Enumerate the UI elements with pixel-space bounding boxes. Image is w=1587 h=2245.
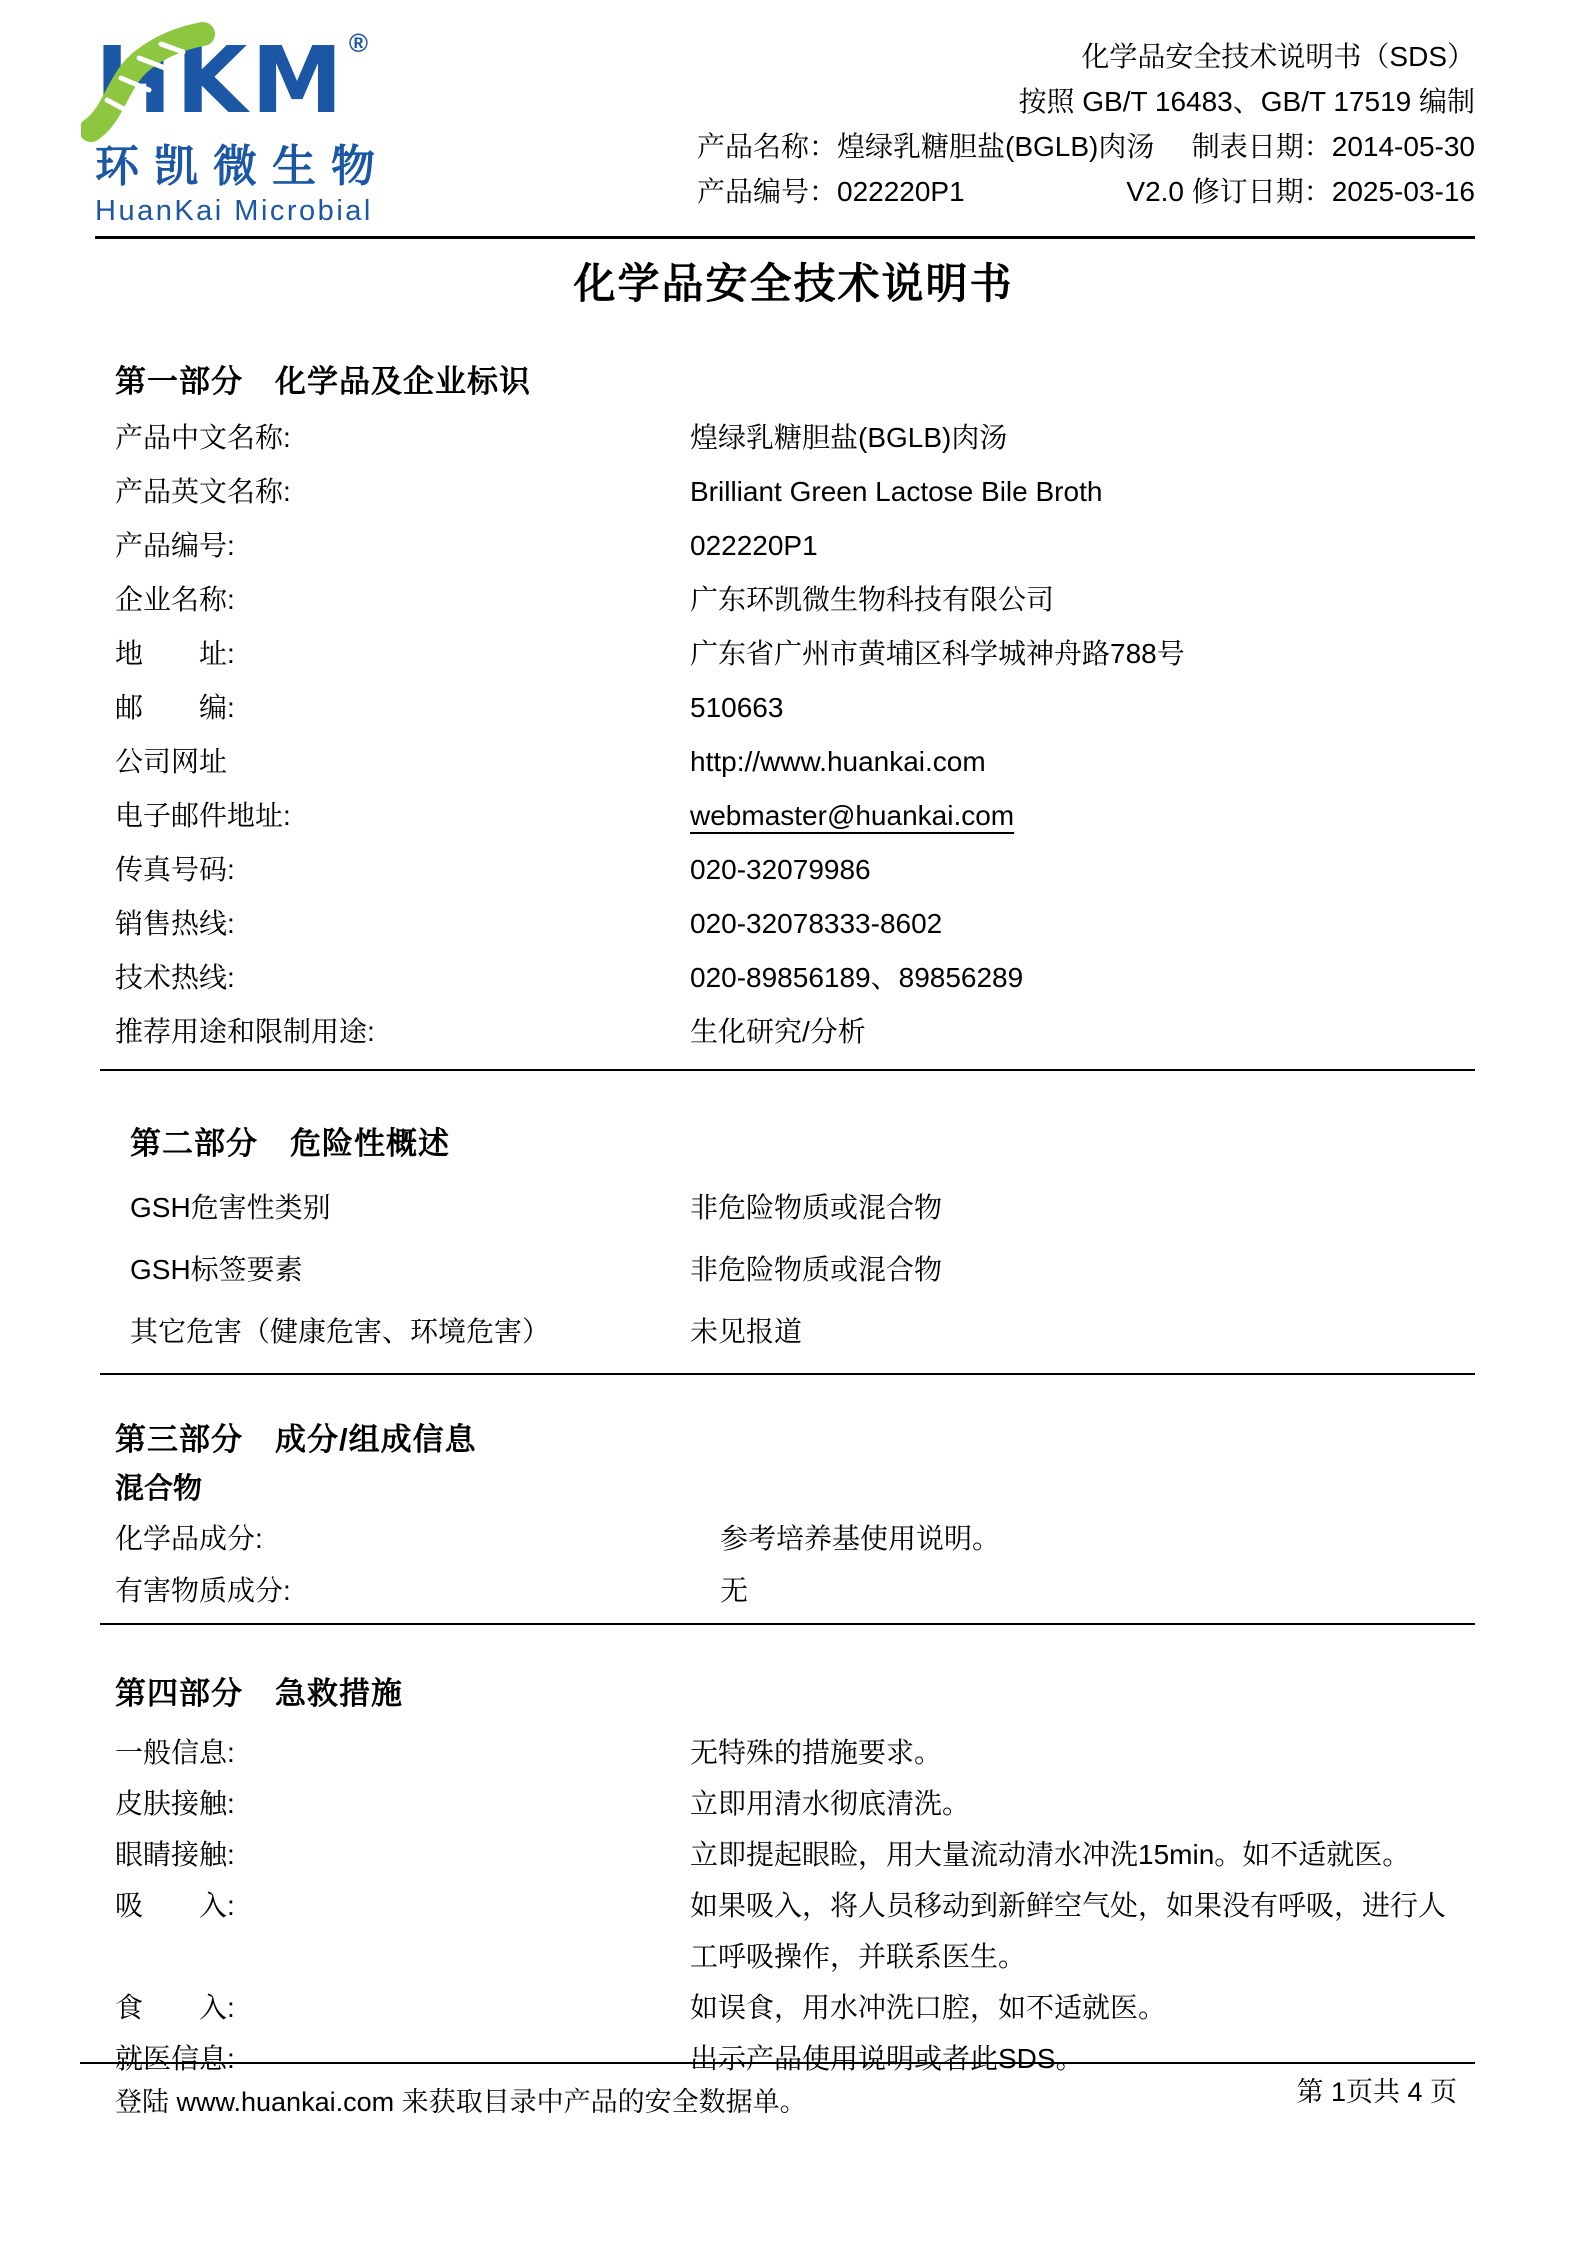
field-value: 非危险物质或混合物 (690, 1239, 1470, 1301)
field-label: 产品中文名称: (115, 411, 690, 465)
field-row: 吸 入: 如果吸入，将人员移动到新鲜空气处，如果没有呼吸，进行人工呼吸操作，并联… (115, 1880, 1470, 1982)
field-value: http://www.huankai.com (690, 735, 1470, 789)
field-value: 广东环凯微生物科技有限公司 (690, 573, 1470, 627)
field-row: 公司网址 http://www.huankai.com (115, 735, 1470, 789)
section: 第一部分 化学品及企业标识 产品中文名称: 煌绿乳糖胆盐(BGLB)肉汤 产品英… (0, 359, 1587, 1059)
field-row: GSH危害性类别 非危险物质或混合物 (130, 1177, 1470, 1239)
field-value: 广东省广州市黄埔区科学城神舟路788号 (690, 627, 1470, 681)
field-row: 食 入: 如误食，用水冲洗口腔，如不适就医。 (115, 1982, 1470, 2033)
section-rows: 化学品成分: 参考培养基使用说明。 有害物质成分: 无 (115, 1513, 1470, 1617)
field-label: GSH危害性类别 (130, 1177, 690, 1239)
section-heading: 第三部分 成分/组成信息 (115, 1417, 1470, 1463)
section-heading: 第一部分 化学品及企业标识 (115, 359, 1470, 405)
field-value: 020-32079986 (690, 843, 1470, 897)
sections: 第一部分 化学品及企业标识 产品中文名称: 煌绿乳糖胆盐(BGLB)肉汤 产品英… (0, 359, 1587, 2084)
field-value: 020-32078333-8602 (690, 897, 1470, 951)
field-row: 推荐用途和限制用途: 生化研究/分析 (115, 1005, 1470, 1059)
field-row: 邮 编: 510663 (115, 681, 1470, 735)
field-value: 生化研究/分析 (690, 1005, 1470, 1059)
field-value: Brilliant Green Lactose Bile Broth (690, 465, 1470, 519)
footer-divider (80, 2062, 1475, 2064)
field-value: 煌绿乳糖胆盐(BGLB)肉汤 (690, 411, 1470, 465)
product-code-line: 产品编号：022220P1 (697, 169, 965, 214)
field-row: 一般信息: 无特殊的措施要求。 (115, 1727, 1470, 1778)
field-value: 非危险物质或混合物 (690, 1177, 1470, 1239)
field-value: 如误食，用水冲洗口腔，如不适就医。 (690, 1982, 1470, 2033)
field-value: 未见报道 (690, 1301, 1470, 1363)
field-label: 邮 编: (115, 681, 690, 735)
section-rows: 一般信息: 无特殊的措施要求。 皮肤接触: 立即用清水彻底清洗。 眼睛接触: 立… (115, 1727, 1470, 2084)
field-label: 销售热线: (115, 897, 690, 951)
footer-note: 登陆 www.huankai.com 来获取目录中产品的安全数据单。 (115, 2080, 807, 2119)
field-row: 传真号码: 020-32079986 (115, 843, 1470, 897)
field-row: 产品中文名称: 煌绿乳糖胆盐(BGLB)肉汤 (115, 411, 1470, 465)
field-label: 一般信息: (115, 1727, 690, 1778)
field-label: 电子邮件地址: (115, 789, 690, 843)
standard-line: 按照 GB/T 16483、GB/T 17519 编制 (697, 79, 1475, 124)
field-row: 销售热线: 020-32078333-8602 (115, 897, 1470, 951)
page-indicator: 第 1页共 4 页 (1296, 2070, 1457, 2109)
header-meta: 化学品安全技术说明书（SDS） 按照 GB/T 16483、GB/T 17519… (697, 28, 1475, 214)
field-row: 地 址: 广东省广州市黄埔区科学城神舟路788号 (115, 627, 1470, 681)
logo-wordmark: HKM (95, 27, 347, 134)
field-label: 企业名称: (115, 573, 690, 627)
section-heading: 第四部分 急救措施 (115, 1671, 1470, 1717)
field-label: 吸 入: (115, 1880, 690, 1982)
document-title: 化学品安全技术说明书 (0, 259, 1587, 309)
create-date-line: 制表日期：2014-05-30 (1192, 124, 1475, 169)
field-row: 化学品成分: 参考培养基使用说明。 (115, 1513, 1470, 1565)
field-label: 眼睛接触: (115, 1829, 690, 1880)
section-divider (100, 1623, 1475, 1625)
field-label: 其它危害（健康危害、环境危害） (130, 1301, 690, 1363)
field-row: 就医信息: 出示产品使用说明或者此SDS。 (115, 2033, 1470, 2084)
section-divider (100, 1069, 1475, 1071)
field-row: GSH标签要素 非危险物质或混合物 (130, 1239, 1470, 1301)
field-row: 电子邮件地址: webmaster@huankai.com (115, 789, 1470, 843)
field-row: 产品编号: 022220P1 (115, 519, 1470, 573)
section-heading: 第二部分 危险性概述 (130, 1121, 1470, 1167)
field-value: 510663 (690, 681, 1470, 735)
section: 第四部分 急救措施 一般信息: 无特殊的措施要求。 皮肤接触: 立即用清水彻底清… (0, 1671, 1587, 2084)
email-link[interactable]: webmaster@huankai.com (690, 789, 1470, 843)
field-label: 就医信息: (115, 2033, 690, 2084)
field-value: 022220P1 (690, 519, 1470, 573)
field-value: 如果吸入，将人员移动到新鲜空气处，如果没有呼吸，进行人工呼吸操作，并联系医生。 (690, 1880, 1470, 1982)
field-label: 化学品成分: (115, 1513, 720, 1565)
doc-type-line: 化学品安全技术说明书（SDS） (697, 34, 1475, 79)
field-row: 技术热线: 020-89856189、89856289 (115, 951, 1470, 1005)
field-row: 其它危害（健康危害、环境危害） 未见报道 (130, 1301, 1470, 1363)
field-row: 企业名称: 广东环凯微生物科技有限公司 (115, 573, 1470, 627)
company-logo: HKM® 环凯微生物 HuanKai Microbial (95, 28, 485, 228)
logo-company-name-cn: 环凯微生物 (95, 130, 485, 194)
registered-mark-icon: ® (349, 28, 368, 58)
field-label: 食 入: (115, 1982, 690, 2033)
section-divider (100, 1373, 1475, 1375)
field-label: 公司网址 (115, 735, 690, 789)
revision-line: V2.0 修订日期：2025-03-16 (1126, 169, 1475, 214)
field-value: 参考培养基使用说明。 (720, 1513, 1470, 1565)
section-rows: GSH危害性类别 非危险物质或混合物 GSH标签要素 非危险物质或混合物 其它危… (130, 1177, 1470, 1363)
field-row: 产品英文名称: Brilliant Green Lactose Bile Bro… (115, 465, 1470, 519)
field-value: 020-89856189、89856289 (690, 951, 1470, 1005)
field-label: GSH标签要素 (130, 1239, 690, 1301)
field-label: 推荐用途和限制用途: (115, 1005, 690, 1059)
field-row: 有害物质成分: 无 (115, 1565, 1470, 1617)
field-value: 无特殊的措施要求。 (690, 1727, 1470, 1778)
field-label: 皮肤接触: (115, 1778, 690, 1829)
sds-page: HKM® 环凯微生物 HuanKai Microbial 化学品安全技术说明书（… (0, 0, 1587, 2245)
field-value: 无 (720, 1565, 1470, 1617)
logo-company-name-en: HuanKai Microbial (95, 195, 485, 228)
section: 第三部分 成分/组成信息 混合物 化学品成分: 参考培养基使用说明。 有害物质成… (0, 1417, 1587, 1617)
section: 第二部分 危险性概述 GSH危害性类别 非危险物质或混合物 GSH标签要素 非危… (0, 1121, 1587, 1363)
field-label: 产品英文名称: (115, 465, 690, 519)
page-header: HKM® 环凯微生物 HuanKai Microbial 化学品安全技术说明书（… (95, 0, 1475, 239)
field-label: 地 址: (115, 627, 690, 681)
logo-wordmark-wrap: HKM® (95, 28, 485, 124)
field-value: 立即提起眼睑，用大量流动清水冲洗15min。如不适就医。 (690, 1829, 1470, 1880)
section-subheading: 混合物 (115, 1465, 1470, 1513)
field-label: 传真号码: (115, 843, 690, 897)
field-label: 产品编号: (115, 519, 690, 573)
field-row: 皮肤接触: 立即用清水彻底清洗。 (115, 1778, 1470, 1829)
field-label: 有害物质成分: (115, 1565, 720, 1617)
field-row: 眼睛接触: 立即提起眼睑，用大量流动清水冲洗15min。如不适就医。 (115, 1829, 1470, 1880)
field-value: 立即用清水彻底清洗。 (690, 1778, 1470, 1829)
section-rows: 产品中文名称: 煌绿乳糖胆盐(BGLB)肉汤 产品英文名称: Brilliant… (115, 411, 1470, 1059)
field-label: 技术热线: (115, 951, 690, 1005)
product-name-line: 产品名称：煌绿乳糖胆盐(BGLB)肉汤 (697, 124, 1154, 169)
